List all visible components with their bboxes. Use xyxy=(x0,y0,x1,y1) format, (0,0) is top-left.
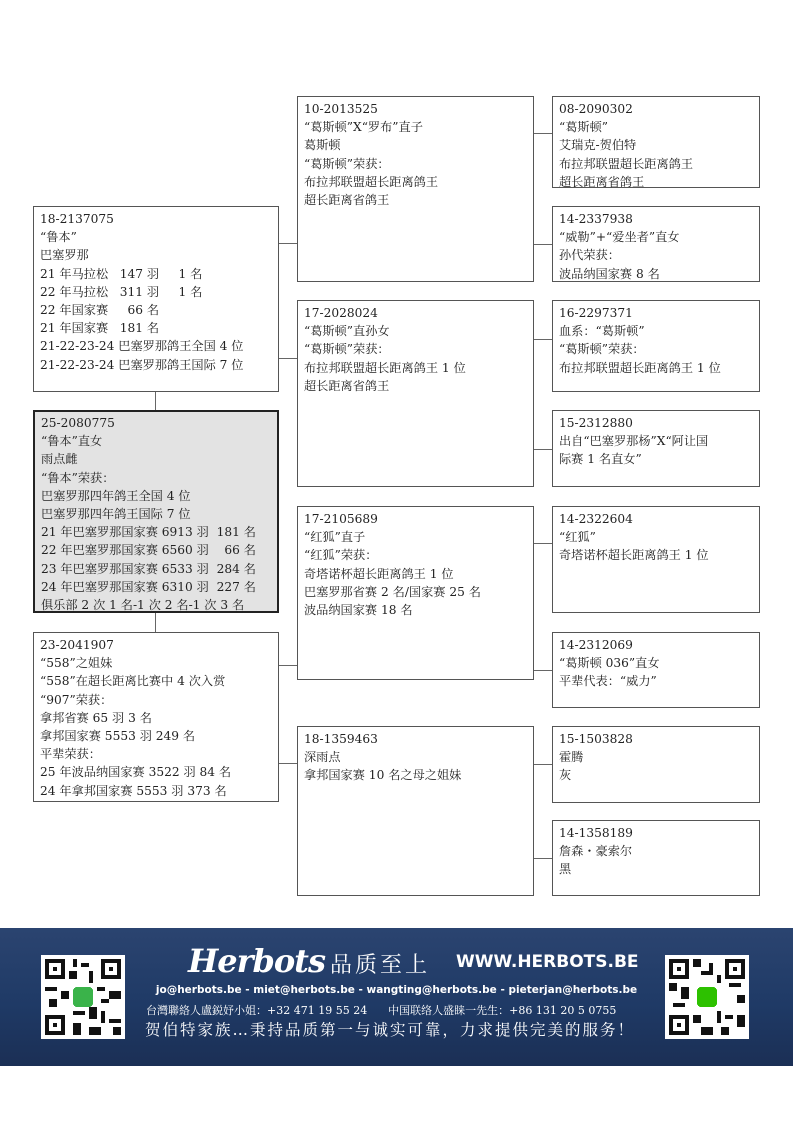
card-line: 21 年巴塞罗那国家赛 6913 羽 181 名 xyxy=(41,523,271,541)
connector-line xyxy=(279,358,297,359)
card-line: “鲁本” xyxy=(40,228,272,246)
card-line: 拿邦省赛 65 羽 3 名 xyxy=(40,709,272,727)
card-line: 黑 xyxy=(559,860,753,878)
card-line: 血系：“葛斯顿” xyxy=(559,322,753,340)
card-line: “葛斯顿 036”直女 xyxy=(559,654,753,672)
card-line: 布拉邦联盟超长距离鸽王 1 位 xyxy=(304,359,527,377)
card-line: 巴塞罗那省赛 2 名/国家赛 25 名 xyxy=(304,583,527,601)
contact-line: 台灣聯絡人盧鋭妤小姐：+32 471 19 55 24 中国联络人盛睐一先生：+… xyxy=(146,1002,616,1018)
card-line: 14-2337938 xyxy=(559,210,753,228)
card-line: 18-1359463 xyxy=(304,730,527,748)
grandparent-card-3: 17-2105689“红狐”直子“红狐”荣获：奇塔诺杯超长距离鸽王 1 位巴塞罗… xyxy=(297,506,534,680)
card-line: 21 年国家赛 181 名 xyxy=(40,319,272,337)
card-line: “葛斯顿”荣获： xyxy=(304,340,527,358)
card-line: 17-2105689 xyxy=(304,510,527,528)
great-grandparent-card-7: 15-1503828霍腾灰 xyxy=(552,726,760,803)
great-grandparent-card-5: 14-2322604“红狐”奇塔诺杯超长距离鸽王 1 位 xyxy=(552,506,760,613)
card-line: 艾瑞克-贺伯特 xyxy=(559,136,753,154)
brand-row: Herbots 品质至上 WWW.HERBOTS.BE xyxy=(188,946,628,982)
card-line: 拿邦国家赛 10 名之母之姐妹 xyxy=(304,766,527,784)
card-line: 灰 xyxy=(559,766,753,784)
card-line: 21 年马拉松 147 羽 1 名 xyxy=(40,265,272,283)
card-line: 15-1503828 xyxy=(559,730,753,748)
card-line: 拿邦国家赛 5553 羽 249 名 xyxy=(40,727,272,745)
card-line: 葛斯顿 xyxy=(304,136,527,154)
card-line: 霍腾 xyxy=(559,748,753,766)
card-line: 15-2312880 xyxy=(559,414,753,432)
card-line: 布拉邦联盟超长距离鸽王 xyxy=(304,173,527,191)
connector-line xyxy=(534,670,552,671)
card-line: 14-1358189 xyxy=(559,824,753,842)
connector-line xyxy=(279,763,297,764)
card-line: 14-2312069 xyxy=(559,636,753,654)
card-line: 巴塞罗那四年鸽王国际 7 位 xyxy=(41,505,271,523)
card-line: 22 年马拉松 311 羽 1 名 xyxy=(40,283,272,301)
website-link[interactable]: WWW.HERBOTS.BE xyxy=(456,952,639,972)
connector-line xyxy=(155,392,156,410)
card-line: “907”荣获： xyxy=(40,691,272,709)
connector-line xyxy=(155,613,156,632)
great-grandparent-card-3: 16-2297371血系：“葛斯顿”“葛斯顿”荣获：布拉邦联盟超长距离鸽王 1 … xyxy=(552,300,760,392)
card-line: 巴塞罗那 xyxy=(40,246,272,264)
card-line: “鲁本”荣获： xyxy=(41,469,271,487)
grandparent-card-4: 18-1359463深雨点拿邦国家赛 10 名之母之姐妹 xyxy=(297,726,534,896)
card-line: 波品纳国家赛 8 名 xyxy=(559,265,753,283)
card-line: “葛斯顿”直孙女 xyxy=(304,322,527,340)
great-grandparent-card-1: 08-2090302“葛斯顿”艾瑞克-贺伯特布拉邦联盟超长距离鸽王超长距离省鸽王 xyxy=(552,96,760,188)
card-line: 21-22-23-24 巴塞罗那鸽王国际 7 位 xyxy=(40,356,272,374)
card-line: 超长距离省鸽王 xyxy=(304,191,527,209)
grandparent-card-1: 10-2013525“葛斯顿”X“罗布”直子葛斯顿“葛斯顿”荣获：布拉邦联盟超长… xyxy=(297,96,534,282)
card-line: “558”之姐妹 xyxy=(40,654,272,672)
footer-banner: Herbots 品质至上 WWW.HERBOTS.BE jo@herbots.b… xyxy=(0,928,793,1066)
great-grandparent-card-2: 14-2337938“威勒”+“爱坐者”直女孙代荣获：波品纳国家赛 8 名 xyxy=(552,206,760,282)
card-line: “威勒”+“爱坐者”直女 xyxy=(559,228,753,246)
contact-china: 中国联络人盛睐一先生：+86 131 20 5 0755 xyxy=(388,1004,616,1017)
contact-taiwan: 台灣聯絡人盧鋭妤小姐：+32 471 19 55 24 xyxy=(146,1004,367,1017)
card-line: 17-2028024 xyxy=(304,304,527,322)
card-line: 23-2041907 xyxy=(40,636,272,654)
card-line: “红狐” xyxy=(559,528,753,546)
wechat-qr-icon xyxy=(665,955,749,1039)
card-line: 深雨点 xyxy=(304,748,527,766)
connector-line xyxy=(534,449,552,450)
card-line: 布拉邦联盟超长距离鸽王 1 位 xyxy=(559,359,753,377)
card-line: 24 年拿邦国家赛 5553 羽 373 名 xyxy=(40,782,272,800)
card-line: 18-2137075 xyxy=(40,210,272,228)
connector-line xyxy=(534,858,552,859)
card-line: 雨点雌 xyxy=(41,450,271,468)
card-line: 詹森・豪索尔 xyxy=(559,842,753,860)
card-line: “红狐”荣获： xyxy=(304,546,527,564)
great-grandparent-card-6: 14-2312069“葛斯顿 036”直女平辈代表：“威力” xyxy=(552,632,760,708)
card-line: “葛斯顿” xyxy=(559,118,753,136)
great-grandparent-card-8: 14-1358189詹森・豪索尔黑 xyxy=(552,820,760,896)
card-line: “葛斯顿”X“罗布”直子 xyxy=(304,118,527,136)
card-line: 21-22-23-24 巴塞罗那鸽王全国 4 位 xyxy=(40,337,272,355)
card-line: 超长距离省鸽王 xyxy=(559,173,753,191)
slogan: 品质至上 xyxy=(330,948,430,979)
card-line: 23 年巴塞罗那国家赛 6533 羽 284 名 xyxy=(41,560,271,578)
sire-card: 18-2137075“鲁本”巴塞罗那21 年马拉松 147 羽 1 名22 年马… xyxy=(33,206,279,392)
card-line: 08-2090302 xyxy=(559,100,753,118)
card-line: 波品纳国家赛 18 名 xyxy=(304,601,527,619)
connector-line xyxy=(279,243,297,244)
card-line: 22 年巴塞罗那国家赛 6560 羽 66 名 xyxy=(41,541,271,559)
connector-line xyxy=(279,665,297,666)
card-line: 25-2080775 xyxy=(41,414,271,432)
card-line: 布拉邦联盟超长距离鸽王 xyxy=(559,155,753,173)
connector-line xyxy=(534,543,552,544)
card-line: 24 年巴塞罗那国家赛 6310 羽 227 名 xyxy=(41,578,271,596)
connector-line xyxy=(534,244,552,245)
card-line: 际赛 1 名直女” xyxy=(559,450,753,468)
dam-card: 23-2041907“558”之姐妹“558”在超长距离比赛中 4 次入赏“90… xyxy=(33,632,279,802)
card-line: 16-2297371 xyxy=(559,304,753,322)
card-line: 超长距离省鸽王 xyxy=(304,377,527,395)
card-line: 奇塔诺杯超长距离鸽王 1 位 xyxy=(559,546,753,564)
card-line: 孙代荣获： xyxy=(559,246,753,264)
card-line: “葛斯顿”荣获： xyxy=(304,155,527,173)
card-line: 10-2013525 xyxy=(304,100,527,118)
line-qr-icon xyxy=(41,955,125,1039)
connector-line xyxy=(534,133,552,134)
card-line: 22 年国家赛 66 名 xyxy=(40,301,272,319)
subject-card: 25-2080775“鲁本”直女雨点雌“鲁本”荣获：巴塞罗那四年鸽王全国 4 位… xyxy=(33,410,279,613)
card-line: “葛斯顿”荣获： xyxy=(559,340,753,358)
great-grandparent-card-4: 15-2312880出自“巴塞罗那杨”X“阿让国际赛 1 名直女” xyxy=(552,410,760,487)
card-line: 出自“巴塞罗那杨”X“阿让国 xyxy=(559,432,753,450)
card-line: “558”在超长距离比赛中 4 次入赏 xyxy=(40,672,272,690)
card-line: “鲁本”直女 xyxy=(41,432,271,450)
card-line: 平辈代表：“威力” xyxy=(559,672,753,690)
card-line: 平辈荣获： xyxy=(40,745,272,763)
connector-line xyxy=(534,339,552,340)
card-line: 奇塔诺杯超长距离鸽王 1 位 xyxy=(304,565,527,583)
herbots-logo: Herbots xyxy=(188,942,325,980)
grandparent-card-2: 17-2028024“葛斯顿”直孙女“葛斯顿”荣获：布拉邦联盟超长距离鸽王 1 … xyxy=(297,300,534,487)
card-line: 14-2322604 xyxy=(559,510,753,528)
card-line: “红狐”直子 xyxy=(304,528,527,546)
card-line: 俱乐部 2 次 1 名-1 次 2 名-1 次 3 名 xyxy=(41,596,271,614)
motto: 贺伯特家族…秉持品质第一与诚实可靠，力求提供完美的服务！ xyxy=(145,1018,635,1040)
card-line: 巴塞罗那四年鸽王全国 4 位 xyxy=(41,487,271,505)
card-line: 25 年波品纳国家赛 3522 羽 84 名 xyxy=(40,763,272,781)
connector-line xyxy=(534,764,552,765)
